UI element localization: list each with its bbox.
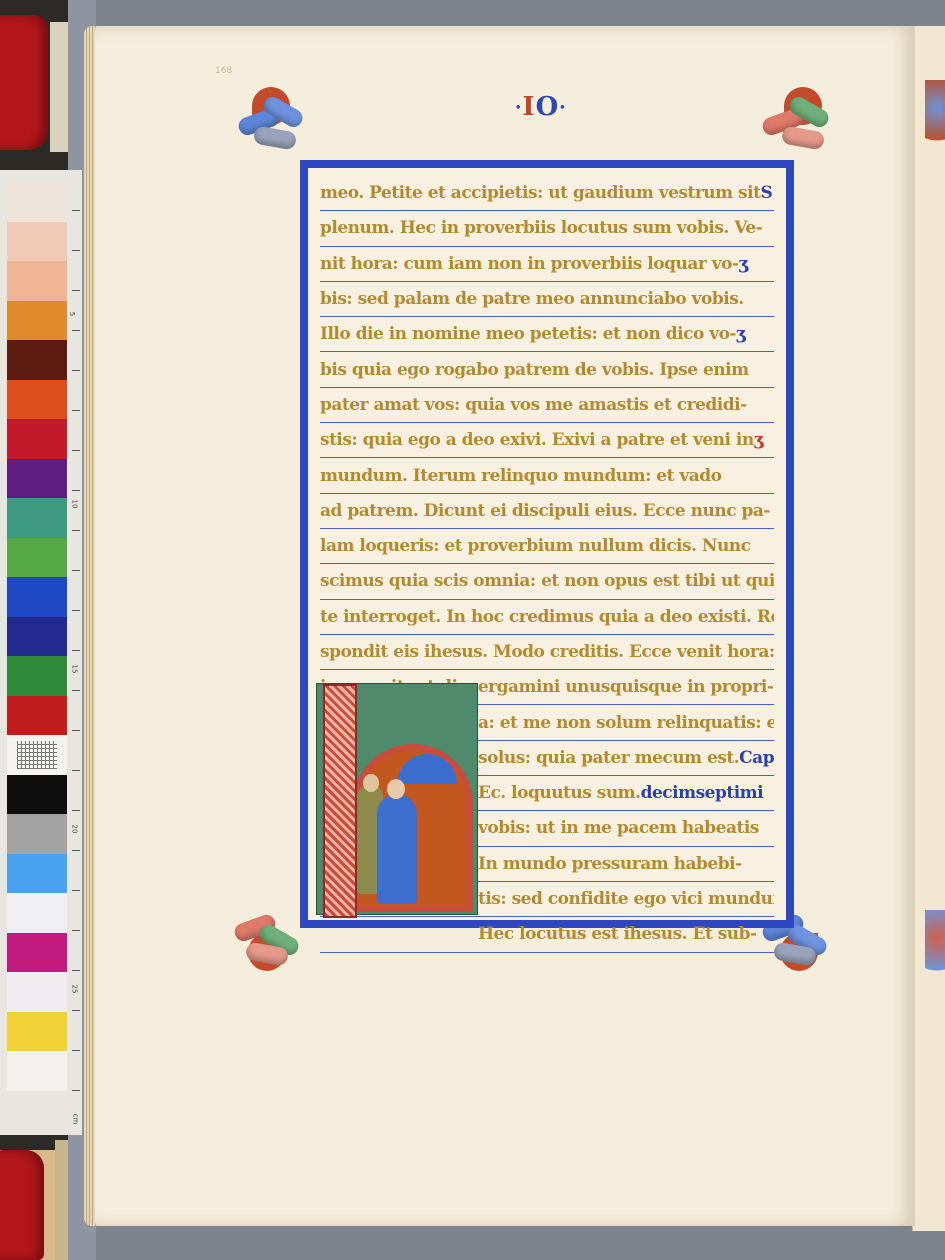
ruler-label: cm (71, 1114, 79, 1125)
text-line: bis: sed palam de patre meo annunciabo v… (320, 282, 774, 317)
text-line: stis: quia ego a deo exivi. Exivi a patr… (320, 423, 774, 458)
color-swatch (7, 893, 67, 933)
text-line: nit hora: cum iam non in proverbiis loqu… (320, 247, 774, 282)
corner-ornament-bottom-left-icon (230, 905, 308, 975)
color-swatch (7, 696, 67, 736)
color-swatch (7, 380, 67, 420)
color-swatch (7, 261, 67, 301)
line-filler: S (760, 183, 772, 203)
text-line: ad patrem. Dicunt ei discipuli eius. Ecc… (320, 494, 774, 529)
color-swatch (7, 222, 67, 262)
text-line: lam loqueris: et proverbium nullum dicis… (320, 529, 774, 564)
color-swatch (7, 735, 67, 775)
color-swatch (7, 933, 67, 973)
text-line: plenum. Hec in proverbiis locutus sum vo… (320, 211, 774, 246)
color-swatch (7, 340, 67, 380)
text-line: meo. Petite et accipietis: ut gaudium ve… (320, 176, 774, 211)
facing-page-ornament-top-icon (925, 80, 945, 150)
text-line: spondit eis ihesus. Modo creditis. Ecce … (320, 635, 774, 670)
color-swatch (7, 656, 67, 696)
facing-page-ornament-bottom-icon (925, 910, 945, 980)
rubric: Capitulum (739, 748, 774, 768)
text-line: bis quia ego rogabo patrem de vobis. Ips… (320, 352, 774, 387)
color-calibration-target: 5 10 15 20 25 cm (0, 170, 82, 1135)
book-weight-bottom (0, 1150, 44, 1260)
color-swatch (7, 419, 67, 459)
book-tie-top (50, 22, 68, 152)
text-line: scimus quia scis omnia: et non opus est … (320, 564, 774, 599)
color-swatch (7, 498, 67, 538)
ruler-label: 20 (70, 825, 78, 834)
text-line: pater amat vos: quia vos me amastis et c… (320, 388, 774, 423)
text-line: mundum. Iterum relinquo mundum: et vado (320, 458, 774, 493)
book-weight-top (0, 15, 48, 150)
color-swatch (7, 775, 67, 815)
text-block-frame: meo. Petite et accipietis: ut gaudium ve… (300, 160, 794, 928)
color-swatch (7, 814, 67, 854)
text-line: te interroget. In hoc credimus quia a de… (320, 600, 774, 635)
ruler-label: 15 (70, 665, 78, 674)
color-swatch (7, 617, 67, 657)
color-swatch (7, 972, 67, 1012)
facing-page-edge (912, 26, 945, 1231)
rubric: decimseptimi (641, 783, 764, 803)
text-line: Hec locutus est ihesus. Et sub- (320, 917, 774, 952)
color-swatch (7, 1012, 67, 1052)
folio-number: •IO• (515, 92, 567, 122)
color-swatch (7, 1051, 67, 1091)
ruler-label: 25 (70, 985, 78, 994)
corner-ornament-top-right-icon (758, 85, 836, 155)
pencil-folio-note: 168 (215, 66, 232, 76)
line-filler: ʒ (739, 254, 748, 274)
color-swatch (7, 182, 67, 222)
line-filler: ʒ (754, 430, 763, 450)
color-swatch (7, 577, 67, 617)
ruler-label: 10 (70, 500, 78, 509)
color-swatch (7, 538, 67, 578)
line-filler: ʒ (736, 324, 745, 344)
color-swatch (7, 854, 67, 894)
color-swatch (7, 459, 67, 499)
swatch-list (7, 182, 67, 1091)
corner-ornament-top-left-icon (232, 85, 310, 155)
text-line: Illo die in nomine meo petetis: et non d… (320, 317, 774, 352)
historiated-initial-h (316, 683, 478, 915)
color-swatch (7, 301, 67, 341)
ruler-label: 5 (68, 312, 76, 316)
